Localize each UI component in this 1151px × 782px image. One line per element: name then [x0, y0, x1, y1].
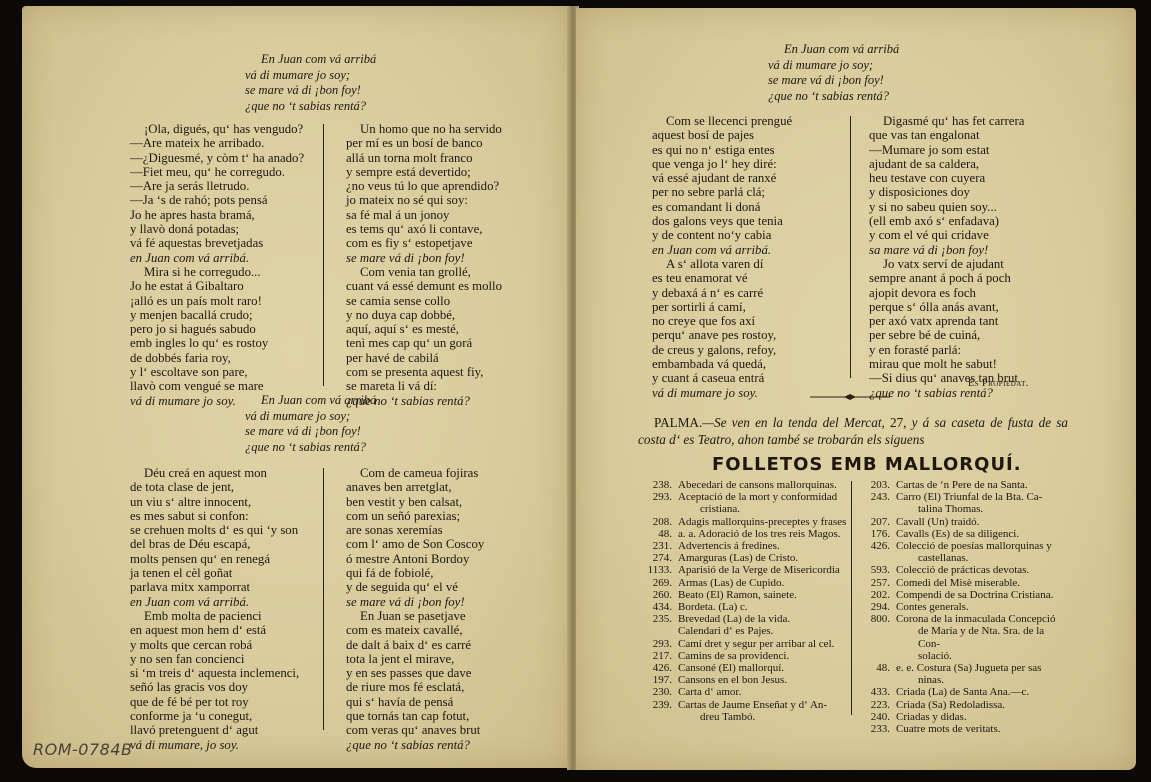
catalog-title-text: Aceptació de la mort y conformidadcristi…: [678, 491, 852, 515]
catalog-number: 238.: [640, 479, 678, 491]
verse-line: parlava mitx xamporrat: [130, 580, 299, 594]
catalog-entry: 48.a. a. Adoració de los tres reis Magos…: [640, 528, 852, 540]
catalog-number: 231.: [640, 540, 678, 552]
verse-line: de creus y galons, refoy,: [652, 343, 792, 357]
verse-line: com un señó parexias;: [346, 509, 484, 523]
refrain-line: En Juan com vá arribá: [245, 393, 376, 409]
catalog-title-text: Cavall (Un) traidó.: [896, 516, 1068, 528]
catalog-title-text: Camí dret y segur per arribar al cel.: [678, 638, 852, 650]
refrain-line: se mare vá di ¡bon foy!: [768, 73, 899, 89]
catalog-number: 208.: [640, 516, 678, 528]
verse-line: es comandant li doná: [652, 200, 792, 214]
catalog-title-line: Cansons en el bon Jesus.: [678, 674, 787, 686]
catalog-title-continuation: ninas.: [896, 674, 1068, 686]
propiedad-notice: Es Propiedat.: [968, 378, 1029, 389]
catalog-number: 260.: [640, 589, 678, 601]
catalog-number: 593.: [858, 564, 896, 576]
catalog-title-line: Amarguras (Las) de Cristo.: [678, 552, 798, 564]
verse-line: de tota clase de jent,: [130, 480, 299, 494]
palma-number: 27,: [890, 415, 906, 430]
catalog-number: 800.: [858, 613, 896, 662]
catalog-title-line: Brevedad (La) de la vida.: [678, 613, 790, 625]
catalog-title-continuation: de María y de Nta. Sra. de la Con-: [896, 625, 1068, 649]
catalog-entry: 260.Beato (El) Ramon, sainete.: [640, 589, 852, 601]
verse-line: y de seguida qu‘ el vé: [346, 580, 484, 594]
catalog-title-text: Bordeta. (La) c.: [678, 601, 852, 613]
catalog-title-text: Armas (Las) de Cupido.: [678, 577, 852, 589]
verse-line: ben vestit y ben calsat,: [346, 495, 484, 509]
verse-line: —Are ja serás lletrudo.: [130, 179, 304, 193]
catalog-title-text: Colecció de poesías mallorquinas ycastel…: [896, 540, 1068, 564]
verse-line: Jo he apres hasta bramá,: [130, 208, 304, 222]
catalog-entry: 231.Advertencis á fredines.: [640, 540, 852, 552]
verse-line: en aquest mon hem d‘ está: [130, 623, 299, 637]
palma-text: —Se ven en la tenda del Mercat,: [702, 415, 890, 430]
refrain-line: ¿que no ‘t sabias rentá?: [245, 99, 376, 115]
catalog-title-text: Criada (La) de Santa Ana.—c.: [896, 686, 1068, 698]
catalog-entry: 426.Colecció de poesías mallorquinas yca…: [858, 540, 1068, 564]
catalog-number: 233.: [858, 723, 896, 735]
catalog-title-text: Camins de sa providenci.: [678, 650, 852, 662]
catalog-number: 203.: [858, 479, 896, 491]
verse-line: molts pensen qu‘ en renegá: [130, 552, 299, 566]
verse-line: Com venia tan grollé,: [346, 265, 502, 279]
verse-line: —Ja ‘s de rahó; pots pensá: [130, 193, 304, 207]
catalog-title-line: Corona de la inmaculada Concepció: [896, 613, 1055, 625]
verse-line: per sebre bé de cuiná,: [869, 328, 1024, 342]
verse-line: se camia sense collo: [346, 294, 502, 308]
catalog-title-line: Colecció de poesías mallorquinas y: [896, 540, 1052, 552]
catalog-number: 230.: [640, 686, 678, 698]
verse-line: es teu enamorat vé: [652, 271, 792, 285]
catalog-title-line: Carro (El) Triunfal de la Bta. Ca-: [896, 491, 1042, 503]
stanza-column-bottom-left: Déu creá en aquest monde tota clase de j…: [130, 466, 299, 752]
column-divider: [323, 124, 324, 386]
catalog-entry: 202.Compendi de sa Doctrina Cristiana.: [858, 589, 1068, 601]
catalog-entry: 223.Criada (Sa) Redoladissa.: [858, 699, 1068, 711]
catalog-entry: 208.Adagis mallorquins-preceptes y frase…: [640, 516, 852, 528]
catalog-title-line: Comedi del Misè miserable.: [896, 577, 1020, 589]
verse-line: qui fá de fobiolé,: [346, 566, 484, 580]
verse-line: es mes sabut si confon:: [130, 509, 299, 523]
verse-line: sa fé mal á un jonoy: [346, 208, 502, 222]
verse-line: tota la jent el mirave,: [346, 652, 484, 666]
column-divider: [323, 468, 324, 730]
verse-line: A s‘ allota varen dí: [652, 257, 792, 271]
catalog-entry: 203.Cartas de ‘n Pere de na Santa.: [858, 479, 1068, 491]
catalog-entry: Calendari d‘ es Pajes.: [640, 625, 852, 637]
catalog-title-line: Beato (El) Ramon, sainete.: [678, 589, 797, 601]
verse-line: vá di mumare jo soy.: [652, 386, 792, 400]
refrain-line: se mare vá di ¡bon foy!: [245, 424, 376, 440]
verse-line: Com de cameua fojiras: [346, 466, 484, 480]
catalog-title: FOLLETOS EMB MALLORQUÍ.: [712, 454, 1022, 475]
catalog-entry: 176.Cavalls (Es) de sa diligenci.: [858, 528, 1068, 540]
catalog-number: 433.: [858, 686, 896, 698]
catalog-title-line: Criada (La) de Santa Ana.—c.: [896, 686, 1029, 698]
catalog-entry: 593.Colecció de prácticas devotas.: [858, 564, 1068, 576]
catalog-number: 48.: [858, 662, 896, 686]
verse-line: llavó pretenguent d‘ agut: [130, 723, 299, 737]
verse-line: ó mestre Antoni Bordoy: [346, 552, 484, 566]
catalog-entry: 433.Criada (La) de Santa Ana.—c.: [858, 686, 1068, 698]
catalog-title-text: Beato (El) Ramon, sainete.: [678, 589, 852, 601]
verse-line: ja tenen el cèl goñat: [130, 566, 299, 580]
verse-line: es tems qu‘ axó li contave,: [346, 222, 502, 236]
verse-line: Déu creá en aquest mon: [130, 466, 299, 480]
catalog-entry: 293.Aceptació de la mort y conformidadcr…: [640, 491, 852, 515]
verse-line: y cuant á caseua entrá: [652, 371, 792, 385]
catalog-title-line: Calendari d‘ es Pajes.: [678, 625, 773, 637]
refrain-top-right: En Juan com vá arribá vá di mumare jo so…: [768, 42, 899, 104]
catalog-number: 197.: [640, 674, 678, 686]
verse-line: per no sebre parlá clá;: [652, 185, 792, 199]
verse-line: —Are mateix he arribado.: [130, 136, 304, 150]
catalog-entry: 48.e. e. Costura (Sa) Jugueta per sasnin…: [858, 662, 1068, 686]
catalog-title-line: Aparisió de la Verge de Misericordia: [678, 564, 840, 576]
catalog-entry: 257.Comedi del Misè miserable.: [858, 577, 1068, 589]
verse-line: per mí es un bosí de banco: [346, 136, 502, 150]
verse-line: aquest bosí de pajes: [652, 128, 792, 142]
catalog-entry: 800.Corona de la inmaculada Concepcióde …: [858, 613, 1068, 662]
ornamental-rule: [810, 394, 890, 400]
verse-line: y no sen fan concienci: [130, 652, 299, 666]
verse-line: Digasmé qu‘ has fet carrera: [869, 114, 1024, 128]
verse-line: com veras qu‘ anaves brut: [346, 723, 484, 737]
verse-line: y no duya cap dobbé,: [346, 308, 502, 322]
catalog-title-line: Cuatre mots de veritats.: [896, 723, 1000, 735]
catalog-entry: 1133.Aparisió de la Verge de Misericordi…: [640, 564, 852, 576]
verse-line: no creye que fos axí: [652, 314, 792, 328]
verse-line: del bras de Déu escapá,: [130, 537, 299, 551]
verse-line: vá di mumare, jo soy.: [130, 738, 299, 752]
catalog-title-line: Adagis mallorquins-preceptes y frases: [678, 516, 846, 528]
catalog-title-text: Calendari d‘ es Pajes.: [678, 625, 852, 637]
refrain-line: ¿que no ‘t sabias rentá?: [245, 440, 376, 456]
archive-shelfmark: ROM-0784B: [33, 740, 132, 759]
catalog-number: 426.: [858, 540, 896, 564]
catalog-entry: 274.Amarguras (Las) de Cristo.: [640, 552, 852, 564]
catalog-title-text: e. e. Costura (Sa) Jugueta per sasninas.: [896, 662, 1068, 686]
verse-line: vá essé ajudant de ranxé: [652, 171, 792, 185]
verse-line: dos galons veys que tenia: [652, 214, 792, 228]
verse-line: ¿no veus tú lo que aprendido?: [346, 179, 502, 193]
catalog-title-text: Cartas de Jaume Enseñat y d‘ An-dreu Tam…: [678, 699, 852, 723]
verse-line: embambada vá quedá,: [652, 357, 792, 371]
catalog-title-continuation: dreu Tambó.: [678, 711, 852, 723]
verse-line: Un homo que no ha servido: [346, 122, 502, 136]
verse-line: que vas tan engalonat: [869, 128, 1024, 142]
verse-line: Com se llecenci prengué: [652, 114, 792, 128]
verse-line: allá un torna molt franco: [346, 151, 502, 165]
catalog-entry: 233.Cuatre mots de veritats.: [858, 723, 1068, 735]
verse-line: llavò com vengué se mare: [130, 379, 304, 393]
catalog-entry: 293.Camí dret y segur per arribar al cel…: [640, 638, 852, 650]
catalog-title-line: Advertencis á fredines.: [678, 540, 780, 552]
catalog-title-line: Cartas de ‘n Pere de na Santa.: [896, 479, 1028, 491]
catalog-title-text: Cuatre mots de veritats.: [896, 723, 1068, 735]
catalog-title-text: Contes generals.: [896, 601, 1068, 613]
verse-line: y en ses passes que dave: [346, 666, 484, 680]
catalog-entry: 294.Contes generals.: [858, 601, 1068, 613]
stanza-column-top-left: ¡Ola, digués, qu‘ has vengudo?—Are matei…: [130, 122, 304, 408]
catalog-number: 243.: [858, 491, 896, 515]
column-divider: [851, 481, 852, 715]
verse-line: jo mateix no sé qui soy:: [346, 193, 502, 207]
verse-line: y menjen bacallá crudo;: [130, 308, 304, 322]
verse-line: y en forasté parlá:: [869, 343, 1024, 357]
stanza-column-top-right: Un homo que no ha servidoper mí es un bo…: [346, 122, 502, 408]
verse-line: ¿que no ‘t sabias rentá?: [346, 738, 484, 752]
catalog-number: 269.: [640, 577, 678, 589]
verse-line: emb ingles lo qu‘ es rostoy: [130, 336, 304, 350]
verse-line: per havé de cabilá: [346, 351, 502, 365]
verse-line: —Fiet meu, qu‘ he corregudo.: [130, 165, 304, 179]
catalog-title-line: Cavall (Un) traidó.: [896, 516, 979, 528]
catalog-title-text: Amarguras (Las) de Cristo.: [678, 552, 852, 564]
verse-line: com se presenta aquest fiy,: [346, 365, 502, 379]
catalog-title-text: Advertencis á fredines.: [678, 540, 852, 552]
refrain-line: vá di mumare jo soy;: [768, 58, 899, 74]
verse-line: Emb molta de pacienci: [130, 609, 299, 623]
catalog-title-line: Armas (Las) de Cupido.: [678, 577, 784, 589]
verse-line: anaves ben arretglat,: [346, 480, 484, 494]
verse-line: es qui no n‘ estiga entes: [652, 143, 792, 157]
verse-line: que tornás tan cap fotut,: [346, 709, 484, 723]
verse-line: de riure mos fé esclatá,: [346, 680, 484, 694]
catalog-number: 240.: [858, 711, 896, 723]
verse-line: per sortirli á camí,: [652, 300, 792, 314]
catalog-title-line: Aceptació de la mort y conformidad: [678, 491, 837, 503]
catalog-number: 223.: [858, 699, 896, 711]
verse-line: ¡alló es un país molt raro!: [130, 294, 304, 308]
verse-line: En Juan se pasetjave: [346, 609, 484, 623]
verse-line: (ell emb axó s‘ enfadava): [869, 214, 1024, 228]
refrain-line: vá di mumare jo soy;: [245, 409, 376, 425]
catalog-entry: 239.Cartas de Jaume Enseñat y d‘ An-dreu…: [640, 699, 852, 723]
verse-line: sa mare vá di ¡bon foy!: [869, 243, 1024, 257]
stanza-column-right-left: Com se llecenci prenguéaquest bosí de pa…: [652, 114, 792, 400]
verse-line: y si no sabeu quien soy...: [869, 200, 1024, 214]
verse-line: qui s‘ havía de pensá: [346, 695, 484, 709]
verse-line: Jo vatx serví de ajudant: [869, 257, 1024, 271]
verse-line: y debaxá á n‘ es carré: [652, 286, 792, 300]
catalog-number: 207.: [858, 516, 896, 528]
catalog-title-text: Adagis mallorquins-preceptes y frases: [678, 516, 852, 528]
catalog-entry: 426.Cansoné (El) mallorquí.: [640, 662, 852, 674]
refrain-line: se mare vá di ¡bon foy!: [245, 83, 376, 99]
catalog-title-line: Colecció de prácticas devotas.: [896, 564, 1029, 576]
catalog-title-text: Comedi del Misè miserable.: [896, 577, 1068, 589]
catalog-title-text: a. a. Adoració de los tres reis Magos.: [678, 528, 852, 540]
archive-mark-text: ROM-0784B: [33, 740, 132, 759]
catalog-title-text: Aparisió de la Verge de Misericordia: [678, 564, 852, 576]
catalog-title-continuation: solació.: [896, 650, 1068, 662]
catalog-title-text: Compendi de sa Doctrina Cristiana.: [896, 589, 1068, 601]
catalog-entry: 243.Carro (El) Triunfal de la Bta. Ca-ta…: [858, 491, 1068, 515]
catalog-entry: 197.Cansons en el bon Jesus.: [640, 674, 852, 686]
catalog-title-line: Criadas y didas.: [896, 711, 967, 723]
catalog-title-text: Cansoné (El) mallorquí.: [678, 662, 852, 674]
catalog-title-text: Abecedari de cansons mallorquinas.: [678, 479, 852, 491]
verse-line: y de content no‘y cabia: [652, 228, 792, 242]
refrain-line: ¿que no ‘t sabias rentá?: [768, 89, 899, 105]
catalog-title-text: Cansons en el bon Jesus.: [678, 674, 852, 686]
verse-line: sempre anant á poch á poch: [869, 271, 1024, 285]
catalog-title-line: a. a. Adoració de los tres reis Magos.: [678, 528, 841, 540]
palma-city: PALMA.: [638, 415, 702, 430]
refrain-middle-left: En Juan com vá arribá vá di mumare jo so…: [245, 393, 376, 455]
catalog-title-text: Carta d‘ amor.: [678, 686, 852, 698]
verse-line: se crehuen molts d‘ es qui ‘y son: [130, 523, 299, 537]
catalog-entry: 238.Abecedari de cansons mallorquinas.: [640, 479, 852, 491]
catalog-entry: 235.Brevedad (La) de la vida.: [640, 613, 852, 625]
catalog-title-text: Corona de la inmaculada Concepcióde Marí…: [896, 613, 1068, 662]
verse-line: com l‘ amo de Son Coscoy: [346, 537, 484, 551]
catalog-title-line: Camins de sa providenci.: [678, 650, 789, 662]
catalog-title-line: Camí dret y segur per arribar al cel.: [678, 638, 834, 650]
catalog-entry: 269.Armas (Las) de Cupido.: [640, 577, 852, 589]
verse-line: y disposiciones doy: [869, 185, 1024, 199]
verse-line: —Mumare jo som estat: [869, 143, 1024, 157]
catalog-title-text: Criadas y didas.: [896, 711, 1068, 723]
verse-line: ajudant de sa caldera,: [869, 157, 1024, 171]
refrain-top-left: En Juan com vá arribá vá di mumare jo so…: [245, 52, 376, 114]
catalog-number: 434.: [640, 601, 678, 613]
stanza-column-bottom-right: Com de cameua fojirasanaves ben arretgla…: [346, 466, 484, 752]
verse-line: cuant vá essé demunt es mollo: [346, 279, 502, 293]
catalog-title-continuation: talina Thomas.: [896, 503, 1068, 515]
verse-line: se mareta li vá dí:: [346, 379, 502, 393]
catalog-title-text: Cartas de ‘n Pere de na Santa.: [896, 479, 1068, 491]
verse-line: de dalt á baix d‘ es carré: [346, 638, 484, 652]
verse-line: se mare vá di ¡bon foy!: [346, 595, 484, 609]
verse-line: com es mateix cavallé,: [346, 623, 484, 637]
refrain-line: En Juan com vá arribá: [768, 42, 899, 58]
verse-line: ajopit devora es foch: [869, 286, 1024, 300]
verse-line: que venga jo l‘ hey diré:: [652, 157, 792, 171]
catalog-title-continuation: castellanas.: [896, 552, 1068, 564]
catalog-number: 176.: [858, 528, 896, 540]
verse-line: de dobbés faria roy,: [130, 351, 304, 365]
catalog-title-text: Cavalls (Es) de sa diligenci.: [896, 528, 1068, 540]
catalog-entry: 240.Criadas y didas.: [858, 711, 1068, 723]
verse-line: y llavò doná potadas;: [130, 222, 304, 236]
verse-line: pero jo si hagués sabudo: [130, 322, 304, 336]
verse-line: perque s‘ ólla anás avant,: [869, 300, 1024, 314]
verse-line: y com el vé qui cridave: [869, 228, 1024, 242]
catalog-title-text: Colecció de prácticas devotas.: [896, 564, 1068, 576]
catalog-list-right: 203.Cartas de ‘n Pere de na Santa.243.Ca…: [858, 479, 1068, 735]
catalog-title-text: Carro (El) Triunfal de la Bta. Ca-talina…: [896, 491, 1068, 515]
verse-line: Mira si he corregudo...: [130, 265, 304, 279]
verse-line: y sempre está devertido;: [346, 165, 502, 179]
catalog-title-continuation: cristiana.: [678, 503, 852, 515]
verse-line: ¡Ola, digués, qu‘ has vengudo?: [130, 122, 304, 136]
catalog-entry: 217.Camins de sa providenci.: [640, 650, 852, 662]
verse-line: un viu s‘ altre innocent,: [130, 495, 299, 509]
palma-notice: PALMA.—Se ven en la tenda del Mercat, 27…: [638, 414, 1068, 448]
verse-line: y l‘ escoltave son pare,: [130, 365, 304, 379]
verse-line: perqu‘ anave pes rostoy,: [652, 328, 792, 342]
verse-line: señó las gracis vos doy: [130, 680, 299, 694]
verse-line: are sonas xeremías: [346, 523, 484, 537]
catalog-title-line: Cavalls (Es) de sa diligenci.: [896, 528, 1019, 540]
verse-line: si ‘m treis d‘ aquesta inclemenci,: [130, 666, 299, 680]
column-divider: [850, 116, 851, 378]
verse-line: —¿Diguesmé, y còm t‘ ha anado?: [130, 151, 304, 165]
catalog-number: 274.: [640, 552, 678, 564]
verse-line: com es fiy s‘ estopetjave: [346, 236, 502, 250]
catalog-title-line: Bordeta. (La) c.: [678, 601, 748, 613]
catalog-title-line: Cartas de Jaume Enseñat y d‘ An-: [678, 699, 827, 711]
catalog-number: 217.: [640, 650, 678, 662]
catalog-title-line: e. e. Costura (Sa) Jugueta per sas: [896, 662, 1041, 674]
verse-line: Jo he estat á Gibaltaro: [130, 279, 304, 293]
catalog-number: 1133.: [640, 564, 678, 576]
catalog-number: 202.: [858, 589, 896, 601]
catalog-entry: 434.Bordeta. (La) c.: [640, 601, 852, 613]
catalog-number: [640, 625, 678, 637]
catalog-title-line: Criada (Sa) Redoladissa.: [896, 699, 1005, 711]
verse-line: heu testave con cuyera: [869, 171, 1024, 185]
stanza-column-right-right: Digasmé qu‘ has fet carreraque vas tan e…: [869, 114, 1024, 400]
catalog-number: 235.: [640, 613, 678, 625]
catalog-title-text: Brevedad (La) de la vida.: [678, 613, 852, 625]
refrain-line: vá di mumare jo soy;: [245, 68, 376, 84]
refrain-line: En Juan com vá arribá: [245, 52, 376, 68]
verse-line: per axó vatx aprenda tant: [869, 314, 1024, 328]
catalog-title-line: Compendi de sa Doctrina Cristiana.: [896, 589, 1053, 601]
catalog-entry: 230.Carta d‘ amor.: [640, 686, 852, 698]
catalog-number: 293.: [640, 638, 678, 650]
catalog-number: 294.: [858, 601, 896, 613]
catalog-number: 293.: [640, 491, 678, 515]
catalog-number: 426.: [640, 662, 678, 674]
catalog-number: 257.: [858, 577, 896, 589]
verse-line: conforme ja ‘u conegut,: [130, 709, 299, 723]
verse-line: que de fé bé per tot roy: [130, 695, 299, 709]
verse-line: y molts que cercan robá: [130, 638, 299, 652]
catalog-list-left: 238.Abecedari de cansons mallorquinas.29…: [640, 479, 852, 723]
verse-line: vá fé aquestas brevetjadas: [130, 236, 304, 250]
verse-line: aquí, aquí s‘ es mesté,: [346, 322, 502, 336]
catalog-number: 48.: [640, 528, 678, 540]
catalog-title-line: Carta d‘ amor.: [678, 686, 741, 698]
verse-line: en Juan com vá arribá.: [652, 243, 792, 257]
catalog-title-line: Contes generals.: [896, 601, 969, 613]
verse-line: se mare vá di ¡bon foy!: [346, 251, 502, 265]
catalog-entry: 207.Cavall (Un) traidó.: [858, 516, 1068, 528]
verse-line: mirau que molt he sabut!: [869, 357, 1024, 371]
verse-line: en Juan com vá arribá.: [130, 595, 299, 609]
catalog-title-text: Criada (Sa) Redoladissa.: [896, 699, 1068, 711]
catalog-number: 239.: [640, 699, 678, 723]
catalog-title-line: Abecedari de cansons mallorquinas.: [678, 479, 837, 491]
verse-line: en Juan com vá arribá.: [130, 251, 304, 265]
catalog-title-line: Cansoné (El) mallorquí.: [678, 662, 784, 674]
verse-line: tenì mes cap qu‘ un gorá: [346, 336, 502, 350]
